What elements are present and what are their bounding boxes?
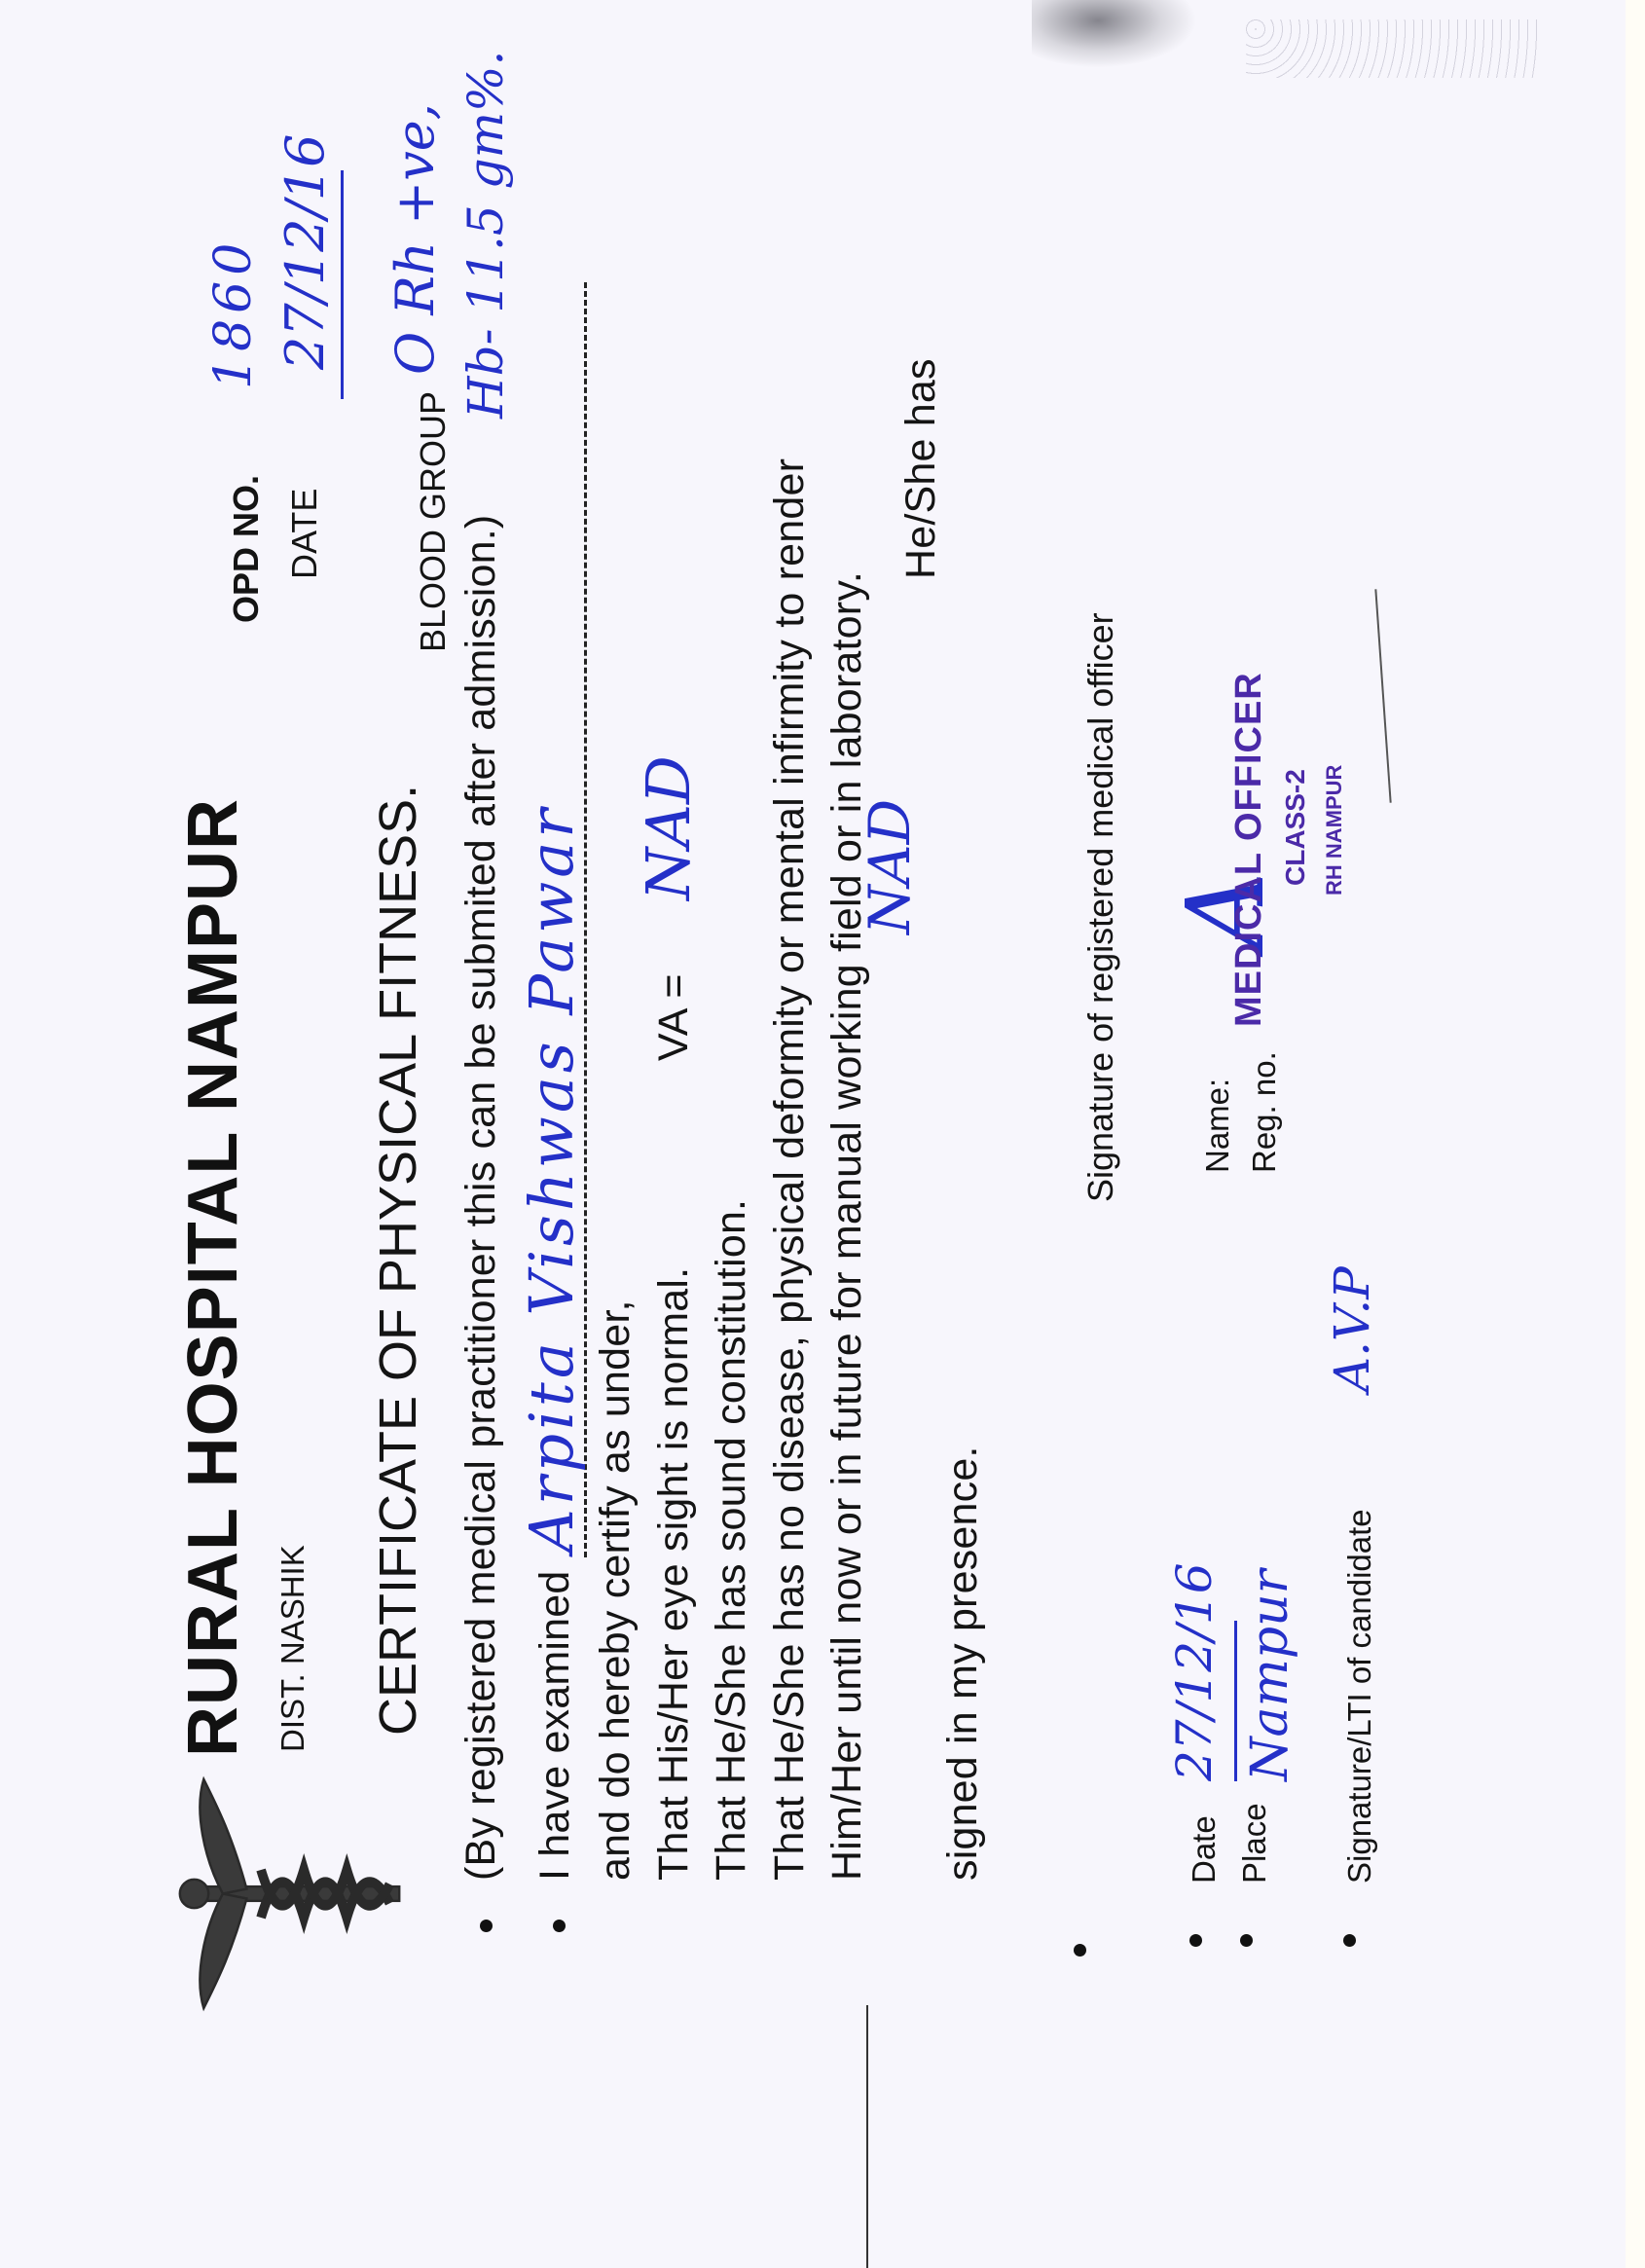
stamp-medical-officer: MEDICAL OFFICER xyxy=(1228,672,1270,1027)
stamp-hospital: RH NAMPUR xyxy=(1322,765,1347,896)
footer-date-value: 27/12/16 xyxy=(1166,1562,1223,1781)
future-work-line: Him/Her until now or in future for manua… xyxy=(823,571,871,1881)
bullet xyxy=(1343,1934,1356,1947)
blood-group-value: O Rh +ve, xyxy=(384,103,446,375)
bullet xyxy=(1074,1944,1086,1957)
hospital-name: RURAL HOSPITAL NAMPUR xyxy=(173,798,253,1757)
disease-value: NAD xyxy=(857,799,923,934)
officer-signature-label: Signature of registered medical officer xyxy=(1080,612,1121,1202)
footer-date-underline xyxy=(1234,1621,1237,1781)
footer-place-value: Nampur xyxy=(1241,1570,1299,1781)
signed-presence-suffix: He/She has xyxy=(897,358,945,579)
bullet xyxy=(553,1920,566,1932)
scan-stray-line xyxy=(1374,589,1391,803)
eye-sight-line: That His/Her eye sight is normal. xyxy=(650,1267,698,1881)
date-underline xyxy=(341,170,344,399)
footer-date-label: Date xyxy=(1186,1815,1223,1884)
officer-reg-label: Reg. no. xyxy=(1246,1051,1283,1173)
certificate-sheet: RURAL HOSPITAL NAMPUR DIST. NASHIK OPD N… xyxy=(0,0,1645,2268)
date-value: 27/12/16 xyxy=(274,133,336,370)
examined-label: I have examined xyxy=(531,1570,579,1881)
va-label: VA = xyxy=(650,973,698,1061)
disease-line: That He/She has no disease, physical def… xyxy=(766,458,814,1881)
opd-label: OPD NO. xyxy=(226,475,267,623)
footer-place-label: Place xyxy=(1236,1803,1273,1884)
certify-line: and do hereby certify as under, xyxy=(592,1299,640,1881)
certificate-title: CERTIFICATE OF PHYSICAL FITNESS. xyxy=(368,785,428,1736)
stamp-class: CLASS-2 xyxy=(1280,769,1311,886)
va-value: NAD xyxy=(633,755,704,900)
instruction-line: (By registered medical practitioner this… xyxy=(457,515,505,1881)
constitution-line: That He/She has sound constitution. xyxy=(708,1199,755,1881)
blood-group-label: BLOOD GROUP xyxy=(413,391,454,652)
candidate-name: Arpita Vishwas Pawar xyxy=(516,805,587,1553)
opd-value: 1860 xyxy=(204,238,263,389)
candidate-signature-label: Signature/LTI of candidate xyxy=(1341,1509,1378,1884)
officer-name-label: Name: xyxy=(1199,1079,1236,1173)
hb-value: Hb- 11.5 gm%. xyxy=(457,51,514,419)
margin-rule xyxy=(866,2005,868,2268)
date-label: DATE xyxy=(284,489,325,579)
candidate-signature-value: A.V.P xyxy=(1324,1266,1380,1392)
caduceus-icon xyxy=(170,1774,409,2013)
signed-presence-line: signed in my presence. xyxy=(939,1445,987,1881)
bullet xyxy=(480,1920,493,1932)
bullet xyxy=(1189,1934,1202,1947)
district-label: DIST. NASHIK xyxy=(274,1545,311,1752)
bullet xyxy=(1240,1934,1253,1947)
